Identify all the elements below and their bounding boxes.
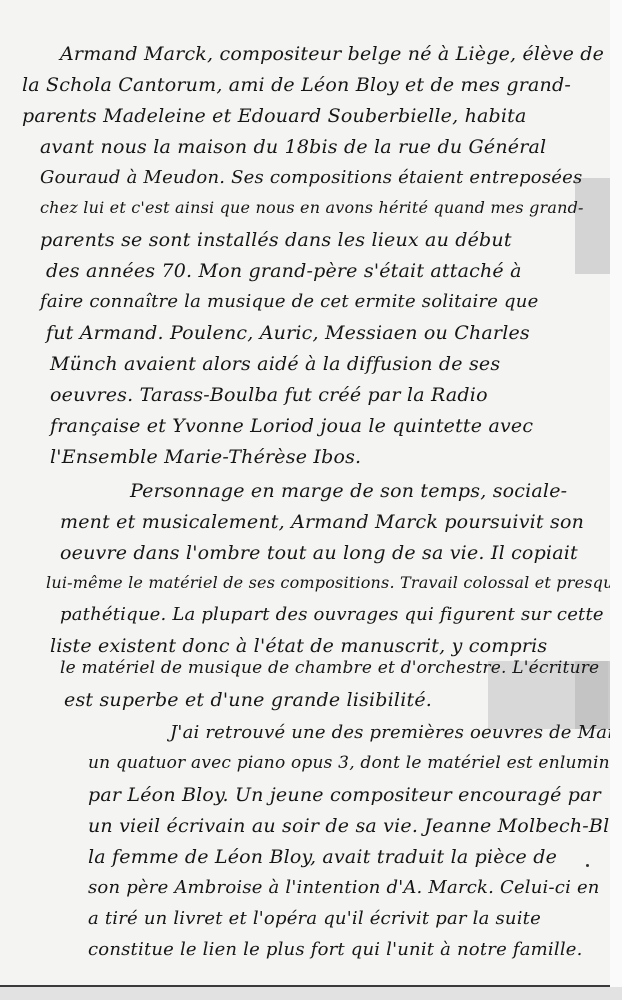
text-line: chez lui et c'est ainsi que nous en avon… bbox=[40, 198, 584, 217]
text-line: Personnage en marge de son temps, social… bbox=[130, 480, 567, 502]
text-line: avant nous la maison du 18bis de la rue … bbox=[40, 136, 546, 158]
text-line: oeuvre dans l'ombre tout au long de sa v… bbox=[60, 542, 578, 564]
background-surface bbox=[0, 987, 622, 1000]
text-line: fut Armand. Poulenc, Auric, Messiaen ou … bbox=[46, 322, 530, 344]
text-line: Gouraud à Meudon. Ses compositions étaie… bbox=[40, 167, 582, 188]
text-line: un quatuor avec piano opus 3, dont le ma… bbox=[88, 753, 620, 773]
text-line: pathétique. La plupart des ouvrages qui … bbox=[60, 604, 604, 625]
text-line: des années 70. Mon grand-père s'était at… bbox=[46, 260, 522, 282]
text-line: l'Ensemble Marie-Thérèse Ibos. bbox=[50, 446, 361, 468]
text-line: le matériel de musique de chambre et d'o… bbox=[60, 658, 599, 678]
text-line: ment et musicalement, Armand Marck pours… bbox=[60, 511, 584, 533]
text-line: est superbe et d'une grande lisibilité. bbox=[64, 689, 432, 711]
ink-dot bbox=[586, 864, 589, 867]
text-line: Armand Marck, compositeur belge né à Liè… bbox=[60, 43, 604, 65]
text-line: liste existent donc à l'état de manuscri… bbox=[50, 635, 547, 657]
text-line: française et Yvonne Loriod joua le quint… bbox=[50, 415, 533, 437]
text-line: lui-même le matériel de ses compositions… bbox=[46, 573, 622, 592]
text-line: parents se sont installés dans les lieux… bbox=[40, 229, 512, 251]
text-line: constitue le lien le plus fort qui l'uni… bbox=[88, 939, 583, 960]
text-line: parents Madeleine et Edouard Souberbiell… bbox=[22, 105, 527, 127]
text-line: la femme de Léon Bloy, avait traduit la … bbox=[88, 846, 557, 868]
text-line: faire connaître la musique de cet ermite… bbox=[40, 291, 538, 312]
scan-shadow-top bbox=[575, 178, 610, 274]
text-line: a tiré un livret et l'opéra qu'il écrivi… bbox=[88, 908, 541, 929]
text-line: son père Ambroise à l'intention d'A. Mar… bbox=[88, 877, 600, 898]
text-line: Münch avaient alors aidé à la diffusion … bbox=[50, 353, 500, 375]
manuscript-page: Armand Marck, compositeur belge né à Liè… bbox=[0, 0, 610, 987]
text-line: par Léon Bloy. Un jeune compositeur enco… bbox=[88, 784, 601, 806]
text-line: un vieil écrivain au soir de sa vie. Jea… bbox=[88, 815, 622, 837]
text-line: J'ai retrouvé une des premières oeuvres … bbox=[170, 722, 622, 743]
text-line: oeuvres. Tarass-Boulba fut créé par la R… bbox=[50, 384, 488, 406]
page-edge bbox=[610, 0, 622, 1000]
text-line: la Schola Cantorum, ami de Léon Bloy et … bbox=[22, 74, 571, 96]
